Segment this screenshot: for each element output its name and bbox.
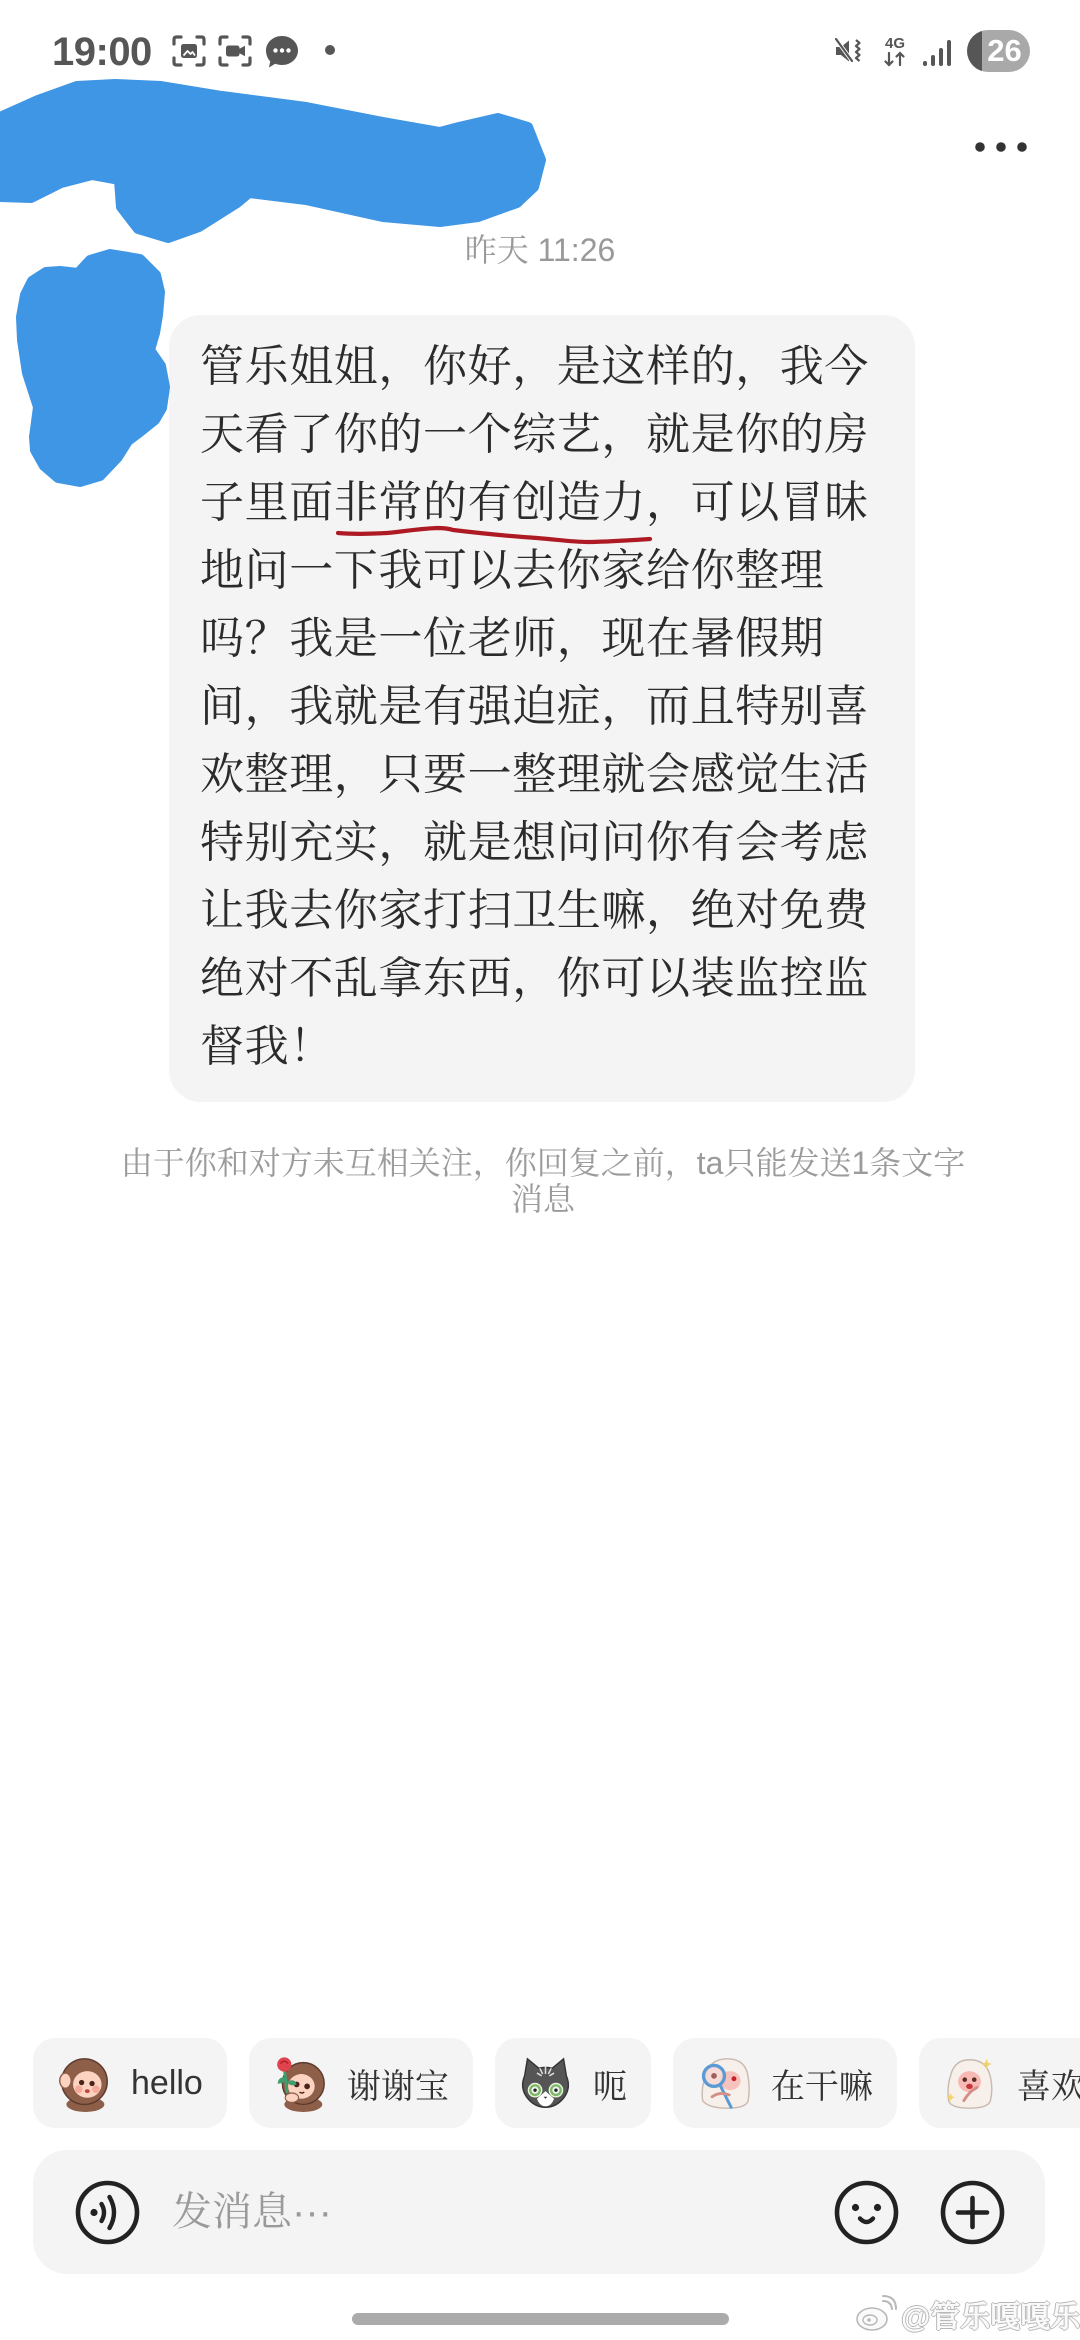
quick-reply-like[interactable]: 喜欢 [919,2038,1080,2128]
quick-reply-label: 谢谢宝 [347,2059,449,2108]
message-timestamp: 昨天 11:26 [0,230,1080,270]
quick-reply-label: 呃 [593,2059,627,2108]
notice-line: 消息 [60,1181,1026,1217]
redaction-scribble-avatar [21,254,165,482]
weibo-logo-icon [855,2295,897,2333]
quick-reply-label: hello [131,2064,203,2103]
quick-reply-hello[interactable]: hello [33,2038,227,2128]
incoming-message-bubble[interactable]: 管乐姐姐，你好，是这样的，我今 天看了你的一个综艺，就是你的房 子里面非常的有创… [169,315,915,1102]
more-options-icon [962,125,1040,169]
magnifying-glass-sticker-icon [695,2055,752,2112]
watermark-text: @管乐嘎嘎乐 [901,2292,1080,2336]
weibo-watermark: @管乐嘎嘎乐 [855,2292,1080,2336]
notification-dot-icon [325,45,335,55]
redaction-scribble-header [0,84,541,238]
home-indicator[interactable] [352,2313,729,2325]
message-composer [33,2150,1045,2274]
more-options-button[interactable] [962,125,1040,169]
screen-recording-icon [218,35,252,67]
message-input[interactable] [172,2172,812,2252]
more-actions-plus-button[interactable] [940,2180,1005,2245]
voice-icon [75,2180,140,2245]
signal-strength-icon [923,40,953,67]
message-line: 间，我就是有强迫症，而且特别喜 [200,673,895,741]
quick-reply-label: 喜欢 [1017,2059,1080,2108]
follow-restriction-notice: 由于你和对方未互相关注，你回复之前，ta只能发送1条文字 消息 [60,1145,1026,1217]
message-notification-icon [265,34,299,68]
message-line: 欢整理，只要一整理就会感觉生活 [200,741,895,809]
plus-icon [940,2180,1005,2245]
message-line: 让我去你家打扫卫生嘛，绝对免费 [200,877,895,945]
notice-line: 由于你和对方未互相关注，你回复之前，ta只能发送1条文字 [60,1145,1026,1181]
network-4g-icon: 4G [881,33,909,69]
message-line: 子里面非常的有创造力，可以冒昧 [200,469,895,537]
emoji-icon [834,2180,899,2245]
battery-icon: 26 [967,30,1030,72]
girl-with-rose-sticker-icon [271,2055,328,2112]
sparkle-blush-sticker-icon [941,2055,998,2112]
message-line: 地问一下我可以去你家给你整理 [200,537,895,605]
mute-vibrate-icon [835,37,863,65]
quick-reply-uh[interactable]: 呃 [495,2038,651,2128]
quick-reply-thanks[interactable]: 谢谢宝 [249,2038,473,2128]
quick-reply-label: 在干嘛 [771,2059,873,2108]
message-line: 督我！ [200,1013,895,1081]
message-line: 绝对不乱拿东西，你可以装监控监 [200,945,895,1013]
screenshot-icon [172,35,206,67]
waving-girl-sticker-icon [55,2055,112,2112]
quick-reply-bar: hello 谢谢宝 呃 [33,2038,1080,2128]
quick-reply-what-doing[interactable]: 在干嘛 [673,2038,897,2128]
svg-text:4G: 4G [885,35,905,52]
status-time: 19:00 [52,30,152,74]
message-line: 管乐姐姐，你好，是这样的，我今 [200,333,895,401]
message-line: 天看了你的一个综艺，就是你的房 [200,401,895,469]
cat-with-glasses-sticker-icon [517,2055,574,2112]
voice-input-button[interactable] [75,2180,140,2245]
message-line: 吗？我是一位老师，现在暑假期 [200,605,895,673]
message-line: 特别充实，就是想问问你有会考虑 [200,809,895,877]
emoji-button[interactable] [834,2180,899,2245]
